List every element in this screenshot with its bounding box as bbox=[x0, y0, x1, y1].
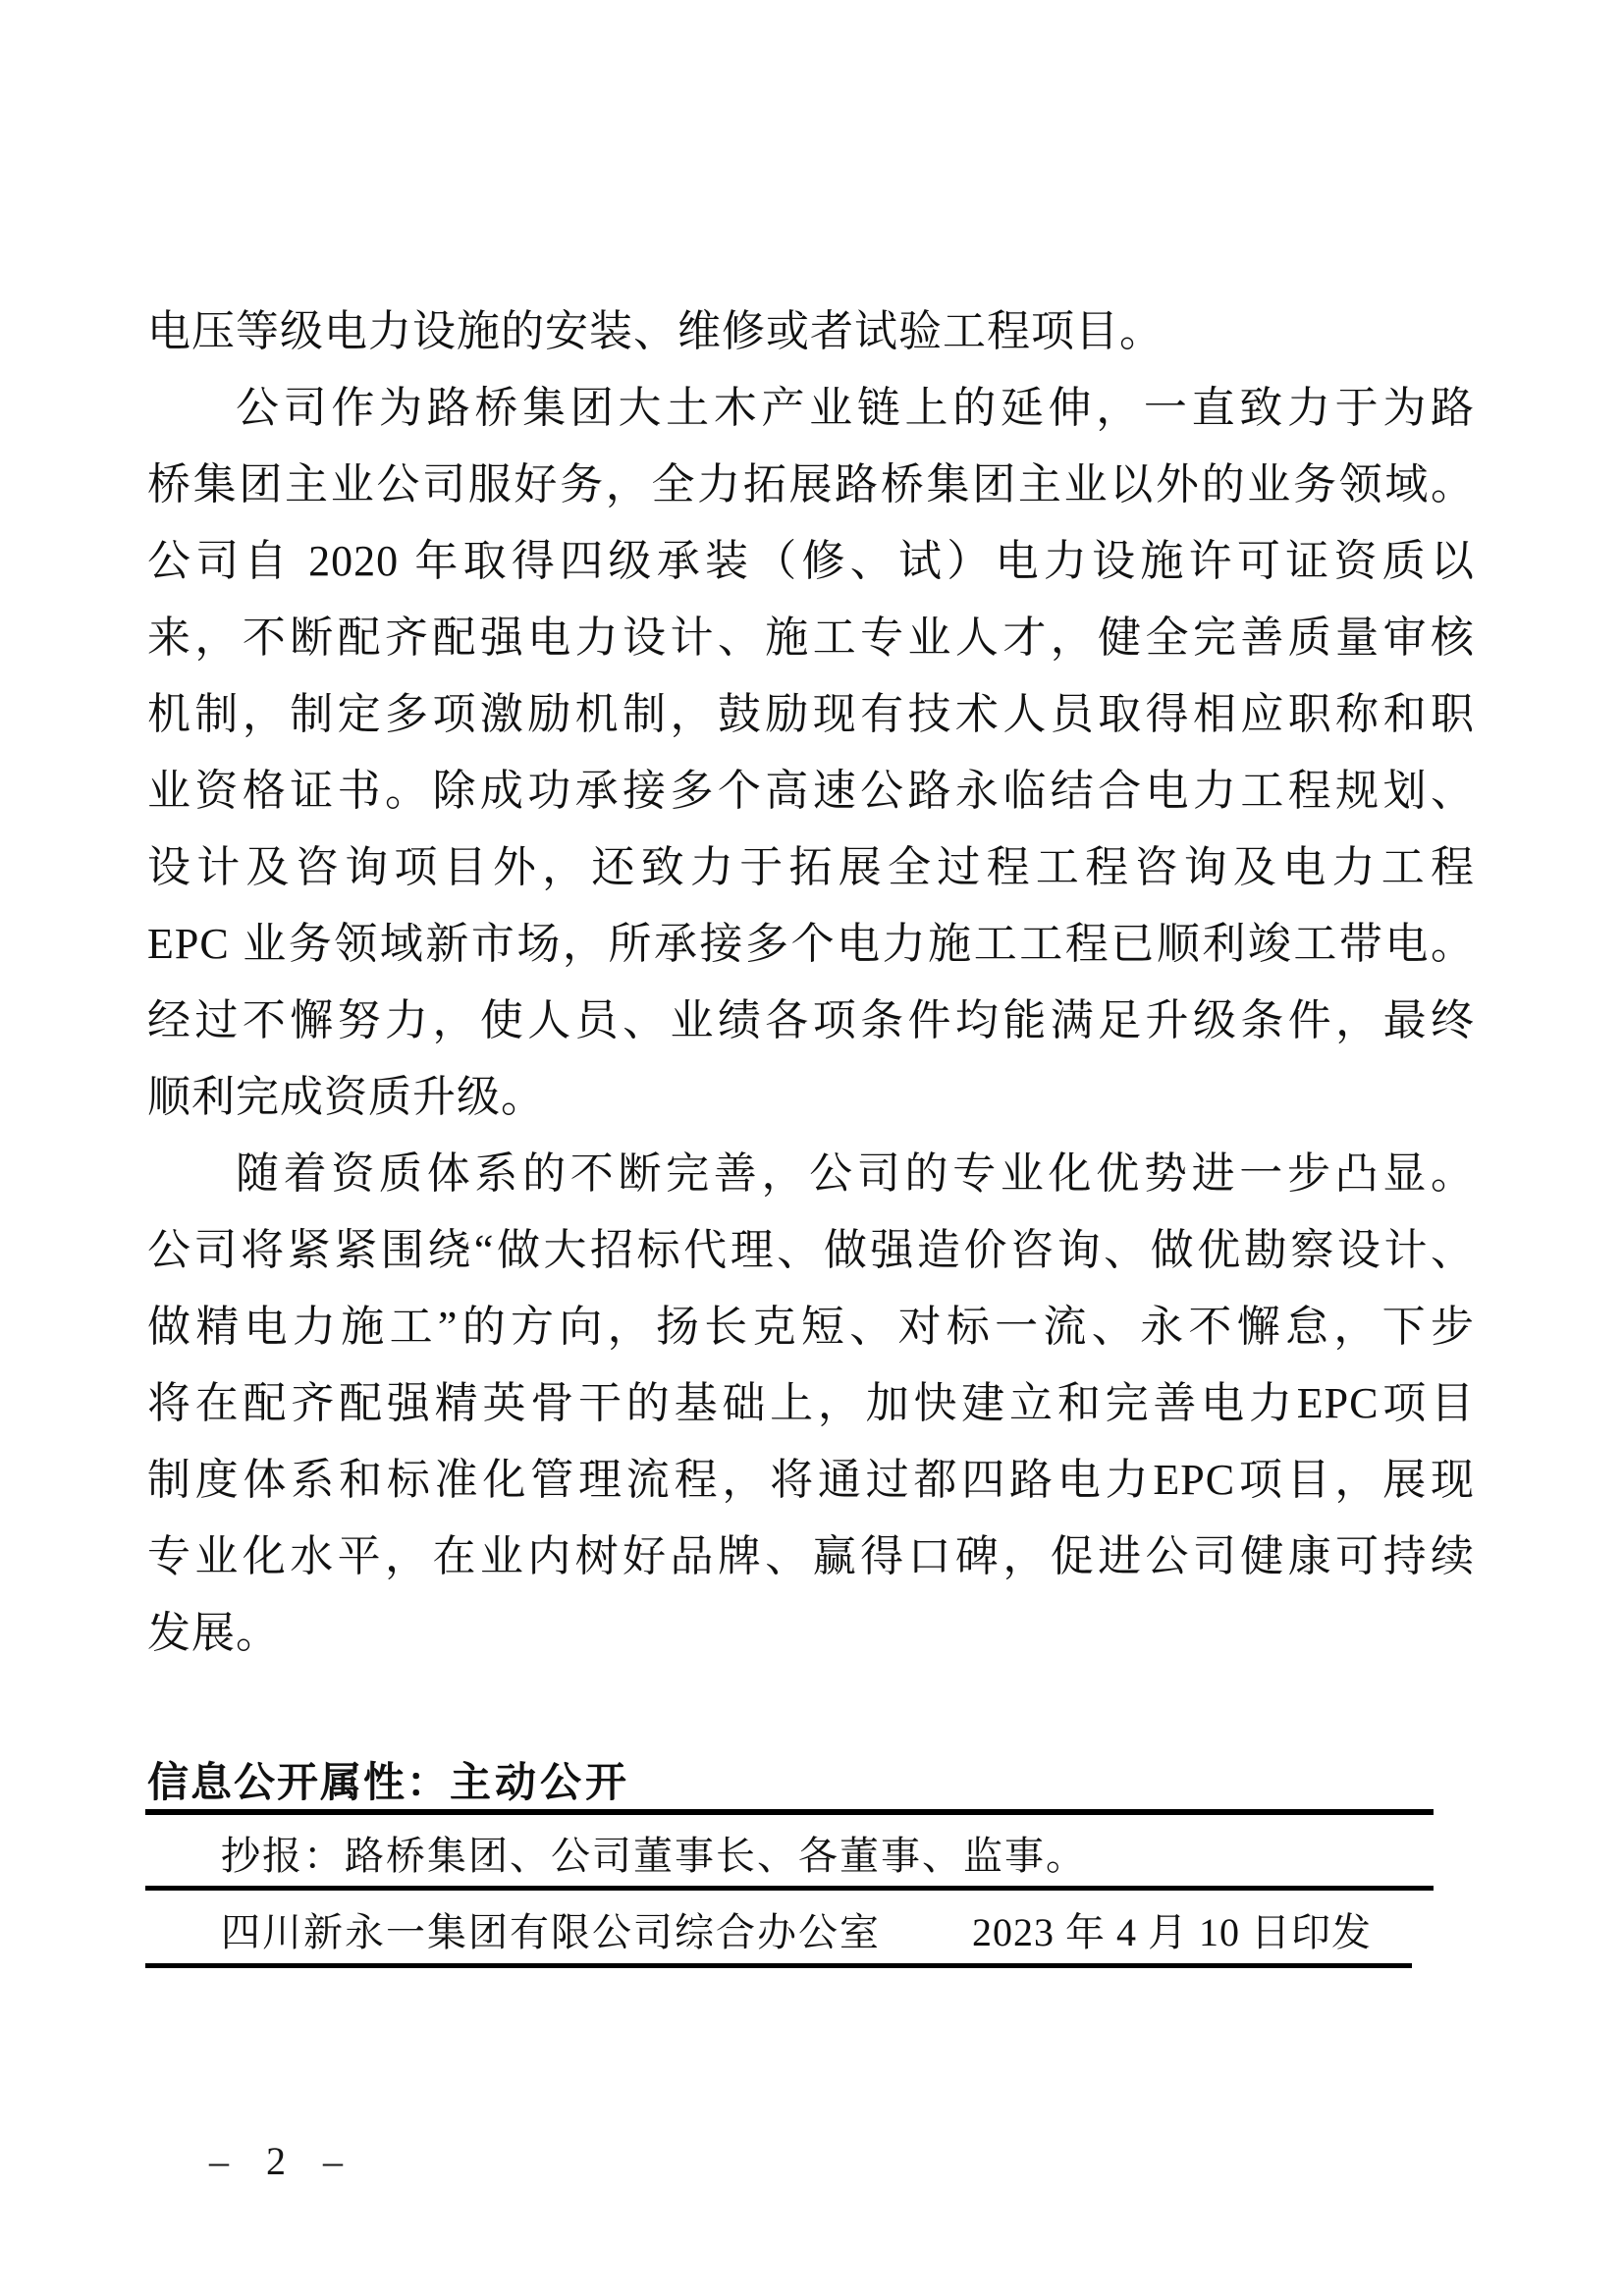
page-number: – 2 – bbox=[209, 2132, 356, 2191]
body-line: 随着资质体系的不断完善，公司的专业化优势进一步凸显。 bbox=[147, 1136, 1475, 1212]
document-page: 电压等级电力设施的安装、维修或者试验工程项目。公司作为路桥集团大土木产业链上的延… bbox=[0, 0, 1624, 2296]
body-line: 将在配齐配强精英骨干的基础上，加快建立和完善电力EPC项目 bbox=[147, 1365, 1475, 1442]
issuing-office: 四川新永一集团有限公司综合办公室 bbox=[221, 1902, 881, 1963]
body-line: 发展。 bbox=[147, 1595, 1475, 1672]
body-line: 机制，制定多项激励机制，鼓励现有技术人员取得相应职称和职 bbox=[147, 676, 1475, 753]
issue-date: 2023 年 4 月 10 日印发 bbox=[972, 1902, 1372, 1963]
document-body: 电压等级电力设施的安装、维修或者试验工程项目。公司作为路桥集团大土木产业链上的延… bbox=[147, 294, 1475, 1672]
copy-to-row: 抄报：路桥集团、公司董事长、各董事、监事。 bbox=[221, 1827, 1087, 1886]
divider-rule-bottom bbox=[145, 1963, 1412, 1968]
body-line: 顺利完成资质升级。 bbox=[147, 1059, 1475, 1136]
body-line: 做精电力施工”的方向，扬长克短、对标一流、永不懈怠，下步 bbox=[147, 1289, 1475, 1365]
body-line: 桥集团主业公司服好务，全力拓展路桥集团主业以外的业务领域。 bbox=[147, 447, 1475, 523]
body-line: 经过不懈努力，使人员、业绩各项条件均能满足升级条件，最终 bbox=[147, 983, 1475, 1059]
info-attr-value: 主动公开 bbox=[450, 1761, 630, 1806]
body-line: 业资格证书。除成功承接多个高速公路永临结合电力工程规划、 bbox=[147, 753, 1475, 829]
info-disclosure-attribute-line: 信息公开属性：主动公开 bbox=[147, 1755, 630, 1810]
divider-rule-middle bbox=[145, 1886, 1434, 1891]
body-line: 制度体系和标准化管理流程，将通过都四路电力EPC项目，展现 bbox=[147, 1442, 1475, 1519]
body-line: 来，不断配齐配强电力设计、施工专业人才，健全完善质量审核 bbox=[147, 600, 1475, 676]
copy-to-text: 抄报：路桥集团、公司董事长、各董事、监事。 bbox=[221, 1834, 1087, 1878]
body-line: 公司作为路桥集团大土木产业链上的延伸，一直致力于为路 bbox=[147, 370, 1475, 447]
body-line: EPC 业务领域新市场，所承接多个电力施工工程已顺利竣工带电。 bbox=[147, 906, 1475, 983]
issue-row: 四川新永一集团有限公司综合办公室 2023 年 4 月 10 日印发 bbox=[0, 1902, 1624, 1963]
body-line: 公司自 2020 年取得四级承装（修、试）电力设施许可证资质以 bbox=[147, 523, 1475, 600]
divider-rule-top bbox=[145, 1809, 1434, 1815]
body-line: 公司将紧紧围绕“做大招标代理、做强造价咨询、做优勘察设计、 bbox=[147, 1212, 1475, 1289]
body-line: 专业化水平，在业内树好品牌、赢得口碑，促进公司健康可持续 bbox=[147, 1519, 1475, 1595]
body-line: 电压等级电力设施的安装、维修或者试验工程项目。 bbox=[147, 294, 1475, 370]
body-line: 设计及咨询项目外，还致力于拓展全过程工程咨询及电力工程 bbox=[147, 829, 1475, 906]
info-attr-label: 信息公开属性： bbox=[147, 1759, 450, 1805]
